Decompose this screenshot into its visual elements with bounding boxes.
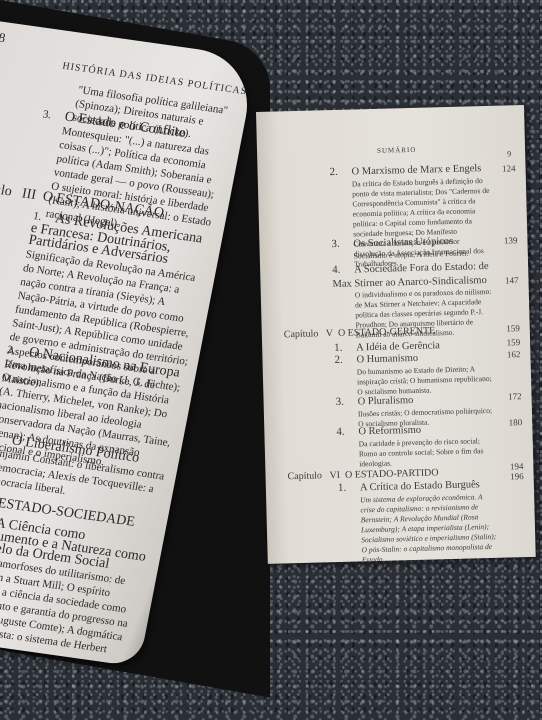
toc-entry: 1.A Ciência como Instrumento e a Naturez… [0, 515, 153, 667]
page-ref: 159 [506, 323, 520, 333]
page-number-right: 9 [507, 149, 511, 158]
page-ref: 194 [510, 461, 524, 471]
toc-entry: 1.A Crítica do Estado Burguês Um sistema… [338, 478, 500, 564]
toc-entry: 2.O Humanismo Do humanismo ao Estado de … [334, 350, 495, 398]
page-ref: 147 [505, 275, 519, 285]
right-page: SUMÁRIO 9 2.O Marxismo de Marx e Engels … [256, 105, 536, 564]
page-number-left: 8 [0, 30, 7, 47]
running-head-right: SUMÁRIO [377, 146, 416, 155]
toc-entry: 4.O Reformismo Da caridade à prevenção d… [336, 422, 497, 470]
page-ref: 196 [510, 471, 524, 481]
toc-entry: 3.Os Socialistas Utópicos Socialismo e u… [331, 234, 492, 262]
page-ref: 180 [509, 417, 523, 427]
page-ref: 159 [506, 337, 520, 347]
page-ref: 124 [502, 163, 516, 173]
page-ref: 162 [507, 349, 521, 359]
page-ref: 172 [508, 391, 522, 401]
page-ref: 139 [504, 235, 518, 245]
